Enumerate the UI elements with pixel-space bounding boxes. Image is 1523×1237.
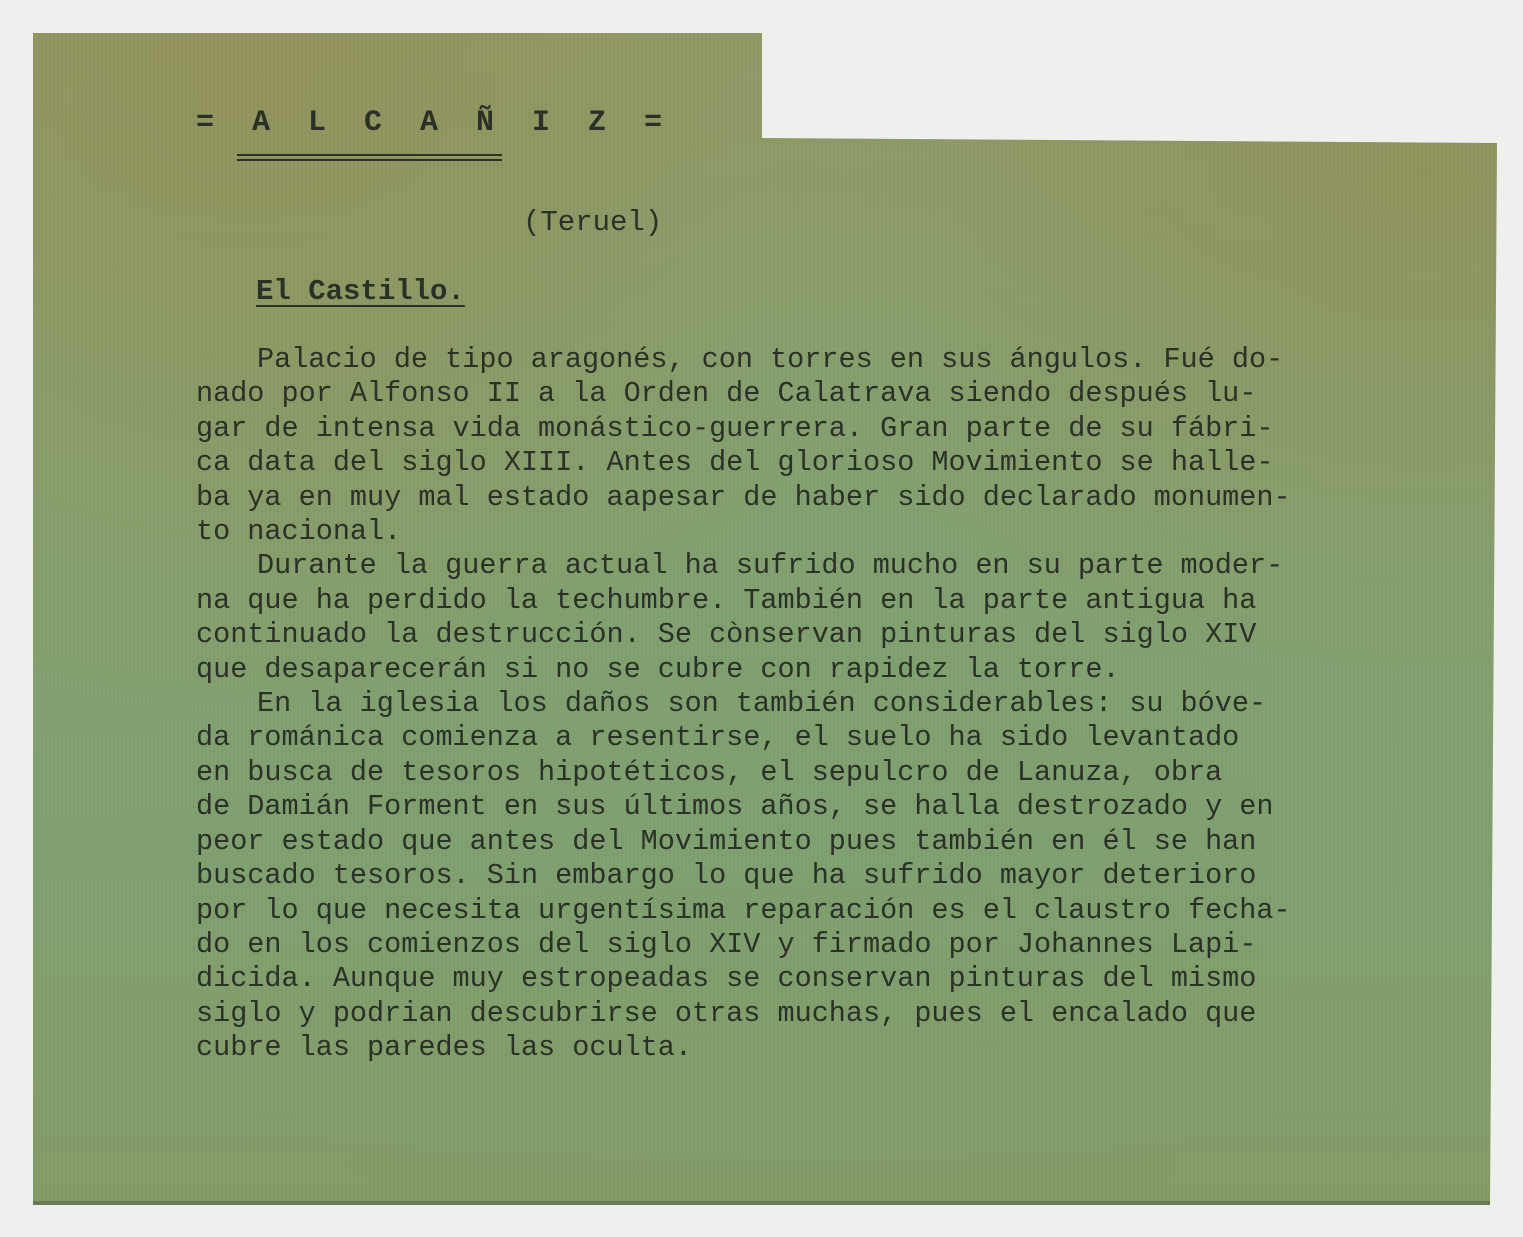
text-line: de Damián Forment en sus últimos años, s… xyxy=(196,790,1496,824)
text-line: por lo que necesita urgentísima reparaci… xyxy=(196,894,1496,928)
text-line: to nacional. xyxy=(196,515,1496,549)
text-line: En la iglesia los daños son también cons… xyxy=(196,687,1496,721)
text-line: na que ha perdido la techumbre. También … xyxy=(196,584,1496,618)
text-line: dicida. Aunque muy estropeadas se conser… xyxy=(196,962,1496,996)
text-line: nado por Alfonso II a la Orden de Calatr… xyxy=(196,377,1496,411)
text-line: da románica comienza a resentirse, el su… xyxy=(196,721,1496,755)
paragraph: Durante la guerra actual ha sufrido much… xyxy=(196,549,1496,687)
text-line: en busca de tesoros hipotéticos, el sepu… xyxy=(196,756,1496,790)
text-line: continuado la destrucción. Se cònservan … xyxy=(196,618,1496,652)
text-line: cubre las paredes las oculta. xyxy=(196,1031,1496,1065)
section-heading: El Castillo. xyxy=(256,275,465,308)
title-double-underline xyxy=(237,154,502,161)
text-line: Durante la guerra actual ha sufrido much… xyxy=(196,549,1496,583)
paragraph: En la iglesia los daños son también cons… xyxy=(196,687,1496,1065)
paragraph: Palacio de tipo aragonés, con torres en … xyxy=(196,343,1496,549)
document-title: = A L C A Ñ I Z = xyxy=(196,106,672,140)
text-line: gar de intensa vida monástico-guerrera. … xyxy=(196,412,1496,446)
sheet-bottom-edge xyxy=(33,1201,1490,1205)
text-line: Palacio de tipo aragonés, con torres en … xyxy=(196,343,1496,377)
text-line: ba ya en muy mal estado aapesar de haber… xyxy=(196,481,1496,515)
document-body: Palacio de tipo aragonés, con torres en … xyxy=(196,343,1496,1066)
document-subtitle: (Teruel) xyxy=(523,206,662,239)
text-line: ca data del siglo XIII. Antes del glorio… xyxy=(196,446,1496,480)
text-line: buscado tesoros. Sin embargo lo que ha s… xyxy=(196,859,1496,893)
text-line: que desaparecerán si no se cubre con rap… xyxy=(196,653,1496,687)
text-line: siglo y podrian descubrirse otras muchas… xyxy=(196,997,1496,1031)
text-line: peor estado que antes del Movimiento pue… xyxy=(196,825,1496,859)
text-line: do en los comienzos del siglo XIV y firm… xyxy=(196,928,1496,962)
